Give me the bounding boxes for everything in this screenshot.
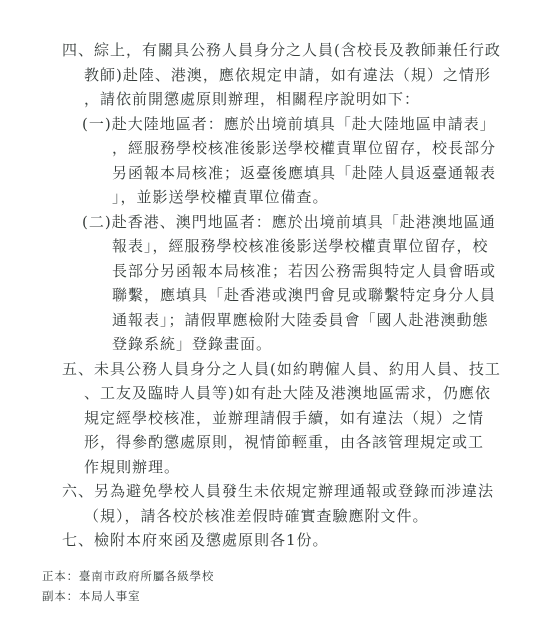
item-4-2-line-3: 長部分另函報本局核准；若因公務需與特定人員會晤或 (112, 259, 550, 284)
item-4-line-1: 四、綜上，有關具公務人員身分之人員(含校長及教師兼任行政 (62, 38, 550, 63)
item-4-line-2: 教師)赴陸、港澳，應依規定申請，如有違法（規）之情形 (84, 63, 550, 88)
document-page: 四、綜上，有關具公務人員身分之人員(含校長及教師兼任行政教師)赴陸、港澳，應依規… (0, 0, 550, 622)
item-7-line-1: 七、檢附本府來函及懲處原則各1份。 (62, 528, 550, 553)
item-5-line-1: 五、未具公務人員身分之人員(如約聘僱人員、約用人員、技工 (62, 357, 550, 382)
item-5-line-3: 規定經學校核准，並辦理請假手續，如有違法（規）之情 (84, 406, 550, 431)
document-body: 四、綜上，有關具公務人員身分之人員(含校長及教師兼任行政教師)赴陸、港澳，應依規… (0, 38, 550, 553)
item-4-1-line-2: ，經服務學校核准後影送學校權責單位留存，校長部分 (112, 136, 550, 161)
item-5-line-2: 、工友及臨時人員等)如有赴大陸及港澳地區需求，仍應依 (84, 381, 550, 406)
recipient-copy: 副本：本局人事室 (42, 586, 214, 606)
item-4-1-line-1: (一)赴大陸地區者：應於出境前填具「赴大陸地區申請表」 (82, 112, 550, 137)
item-6-line-1: 六、另為避免學校人員發生未依規定辦理通報或登錄而涉違法 (62, 479, 550, 504)
item-4-1-line-4: 」，並影送學校權責單位備查。 (112, 185, 550, 210)
item-4-line-3: ，請依前開懲處原則辦理，相關程序說明如下： (84, 87, 550, 112)
item-4-2-line-6: 登錄系統」登錄畫面。 (112, 332, 550, 357)
item-4-2-line-2: 報表」，經服務學校核准後影送學校權責單位留存，校 (112, 234, 550, 259)
recipient-original: 正本：臺南市政府所屬各級學校 (42, 566, 214, 586)
item-5-line-5: 作規則辦理。 (84, 455, 550, 480)
item-4-1-line-3: 另函報本局核准；返臺後應填具「赴陸人員返臺通報表 (112, 161, 550, 186)
item-4-2-line-4: 聯繫，應填具「赴香港或澳門會見或聯繫特定身分人員 (112, 283, 550, 308)
item-6-line-2: （規），請各校於核准差假時確實查驗應附文件。 (84, 504, 550, 529)
item-5-line-4: 形，得參酌懲處原則，視情節輕重，由各該管理規定或工 (84, 430, 550, 455)
item-4-2-line-5: 通報表」；請假單應檢附大陸委員會「國人赴港澳動態 (112, 308, 550, 333)
item-4-2-line-1: (二)赴香港、澳門地區者：應於出境前填具「赴港澳地區通 (82, 210, 550, 235)
document-footer: 正本：臺南市政府所屬各級學校 副本：本局人事室 (42, 566, 214, 606)
